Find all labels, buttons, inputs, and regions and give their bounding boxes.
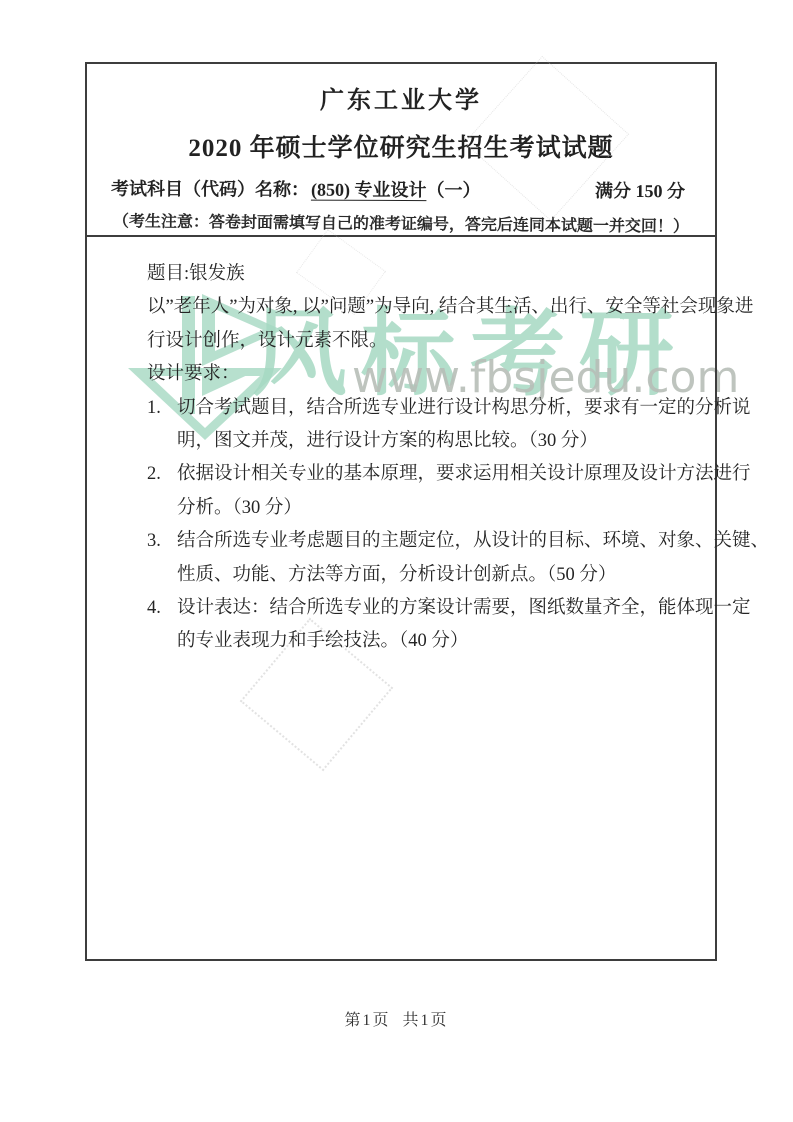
exam-body: 题目:银发族 以”老年人”为对象, 以”问题”为导向, 结合其生活、出行、安全等…: [87, 237, 715, 659]
exam-frame: 广东工业大学 2020 年硕士学位研究生招生考试试题 考试科目（代码）名称： (…: [85, 62, 717, 961]
list-item: 4. 设计表达：结合所选专业的方案设计需要，图纸数量齐全，能体现一定 的专业表现…: [147, 592, 699, 659]
page-number: 第1页 共1页: [0, 1007, 793, 1030]
item-text: 依据设计相关专业的基本原理，要求运用相关设计原理及设计方法进行 分析。（30 分…: [177, 458, 751, 525]
requirements-label: 设计要求：: [147, 358, 699, 391]
item-text: 切合考试题目，结合所选专业进行设计构思分析，要求有一定的分析说 明，图文并茂，进…: [177, 392, 751, 459]
subject-suffix: （一）: [426, 176, 480, 202]
topic-line: 题目:银发族: [147, 258, 699, 291]
university-name: 广东工业大学: [87, 80, 715, 115]
subject-code-name: (850) 专业设计: [311, 176, 427, 203]
requirements-list: 1. 切合考试题目，结合所选专业进行设计构思分析，要求有一定的分析说 明，图文并…: [147, 392, 699, 659]
full-score: 满分 150 分: [595, 177, 685, 203]
exam-header: 广东工业大学 2020 年硕士学位研究生招生考试试题 考试科目（代码）名称： (…: [87, 64, 715, 237]
intro-line: 行设计创作，设计元素不限。: [147, 325, 699, 358]
list-item: 2. 依据设计相关专业的基本原理，要求运用相关设计原理及设计方法进行 分析。（3…: [147, 458, 699, 525]
item-number: 1.: [147, 392, 177, 459]
item-number: 4.: [147, 592, 177, 659]
item-text: 设计表达：结合所选专业的方案设计需要，图纸数量齐全，能体现一定 的专业表现力和手…: [177, 592, 751, 659]
subject-row: 考试科目（代码）名称： (850) 专业设计 （一） 满分 150 分: [87, 163, 715, 204]
item-number: 2.: [147, 458, 177, 525]
list-item: 3. 结合所选专业考虑题目的主题定位，从设计的目标、环境、对象、关键、 性质、功…: [147, 525, 699, 592]
exam-title: 2020 年硕士学位研究生招生考试试题: [87, 128, 715, 164]
subject-label: 考试科目（代码）名称：: [111, 175, 309, 202]
list-item: 1. 切合考试题目，结合所选专业进行设计构思分析，要求有一定的分析说 明，图文并…: [147, 392, 699, 459]
intro-line: 以”老年人”为对象, 以”问题”为导向, 结合其生活、出行、安全等社会现象进: [147, 291, 699, 324]
item-number: 3.: [147, 525, 177, 592]
candidate-notice: （考生注意：答卷封面需填写自己的准考证编号，答完后连同本试题一并交回！）: [87, 208, 715, 237]
item-text: 结合所选专业考虑题目的主题定位，从设计的目标、环境、对象、关键、 性质、功能、方…: [177, 525, 769, 592]
exam-paper-page: 风标考研 www.fbsjedu.com 广东工业大学 2020 年硕士学位研究…: [0, 0, 793, 1122]
